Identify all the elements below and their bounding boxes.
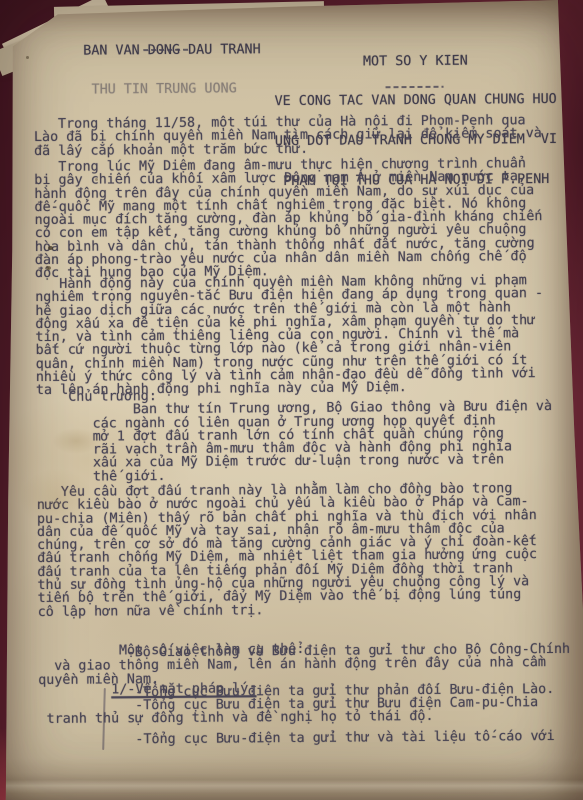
divider-rule-left: [143, 49, 189, 51]
paragraph-2: Trong lúc Mỹ Diệm đang âm-mưu thực hiện …: [34, 157, 543, 281]
issuing-office-line-2: THU TIN TRUNG UONG: [84, 83, 261, 98]
typewritten-content: BAN VAN DONG DAU TRANH THU TIN TRUNG UON…: [0, 0, 583, 800]
title-line-2: VE CONG TAC VAN DONG QUAN CHUNG HUO: [270, 93, 562, 109]
paragraph-3: Hành động này của chính quyền miền Nam k…: [35, 274, 544, 398]
issuing-office-block: BAN VAN DONG DAU TRANH THU TIN TRUNG UON…: [83, 16, 261, 124]
document-page: BAN VAN DONG DAU TRANH THU TIN TRUNG UON…: [0, 0, 583, 800]
legal-items-list: -Bộ Giao thông và Bưu điện ta gửi thư ch…: [38, 643, 571, 727]
photo-background: BAN VAN DONG DAU TRANH THU TIN TRUNG UON…: [0, 0, 583, 800]
title-line-1: MOT SO Y KIEN: [269, 53, 561, 69]
paragraph-5: Yêu cầu đợt đấu tranh này là nhằm làm ch…: [37, 482, 538, 619]
final-item: -Tổng cục Bưu-điện ta gửi thư và tài liệ…: [39, 730, 555, 747]
paragraph-1: Trong tháng 11/58, một túi thư của Hà nộ…: [34, 114, 542, 158]
chu-truong-section: Chủ trương: Ban thư tín Trung ương, Bộ G…: [36, 387, 553, 484]
